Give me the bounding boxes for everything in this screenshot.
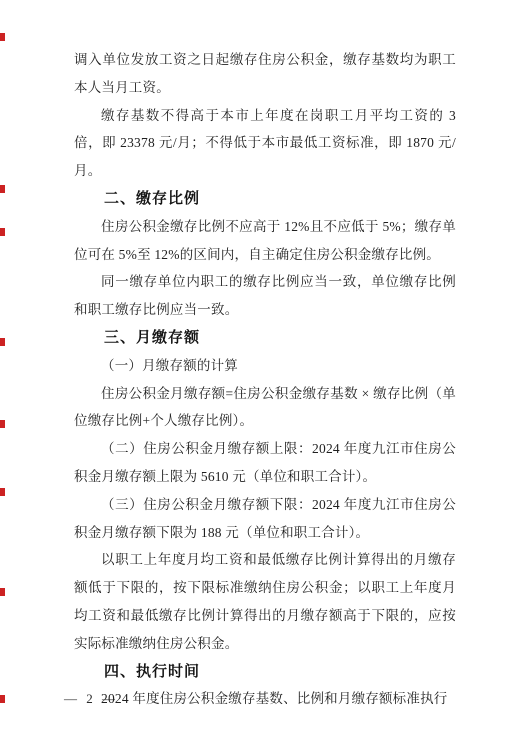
edge-mark xyxy=(0,488,5,496)
edge-mark xyxy=(0,338,5,346)
paragraph: （一）月缴存额的计算 xyxy=(74,352,456,380)
section-heading-4: 四、执行时间 xyxy=(74,658,456,686)
edge-mark xyxy=(0,588,5,596)
paragraph: 调入单位发放工资之日起缴存住房公积金，缴存基数均为职工本人当月工资。 xyxy=(74,46,456,102)
paragraph: 住房公积金月缴存额=住房公积金缴存基数 × 缴存比例（单位缴存比例+个人缴存比例… xyxy=(74,380,456,436)
paragraph: 住房公积金缴存比例不应高于 12%且不应低于 5%；缴存单位可在 5%至 12%… xyxy=(74,213,456,269)
paragraph: 2024 年度住房公积金缴存基数、比例和月缴存额标准执行 xyxy=(74,685,456,713)
document-body: 调入单位发放工资之日起缴存住房公积金，缴存基数均为职工本人当月工资。 缴存基数不… xyxy=(74,46,456,713)
paragraph: （二）住房公积金月缴存额上限：2024 年度九江市住房公积金月缴存额上限为 56… xyxy=(74,435,456,491)
paragraph: 以职工上年度月均工资和最低缴存比例计算得出的月缴存额低于下限的，按下限标准缴纳住… xyxy=(74,546,456,657)
page-number: — 2 — xyxy=(64,691,118,707)
edge-mark xyxy=(0,420,5,428)
paragraph: （三）住房公积金月缴存额下限：2024 年度九江市住房公积金月缴存额下限为 18… xyxy=(74,491,456,547)
section-heading-2: 二、缴存比例 xyxy=(74,185,456,213)
paragraph: 缴存基数不得高于本市上年度在岗职工月平均工资的 3 倍，即 23378 元/月；… xyxy=(74,102,456,185)
paragraph: 同一缴存单位内职工的缴存比例应当一致，单位缴存比例和职工缴存比例应当一致。 xyxy=(74,268,456,324)
edge-mark xyxy=(0,33,5,41)
edge-mark xyxy=(0,695,5,703)
document-page: 调入单位发放工资之日起缴存住房公积金，缴存基数均为职工本人当月工资。 缴存基数不… xyxy=(0,0,524,754)
edge-mark xyxy=(0,228,5,236)
edge-mark xyxy=(0,185,5,193)
section-heading-3: 三、月缴存额 xyxy=(74,324,456,352)
